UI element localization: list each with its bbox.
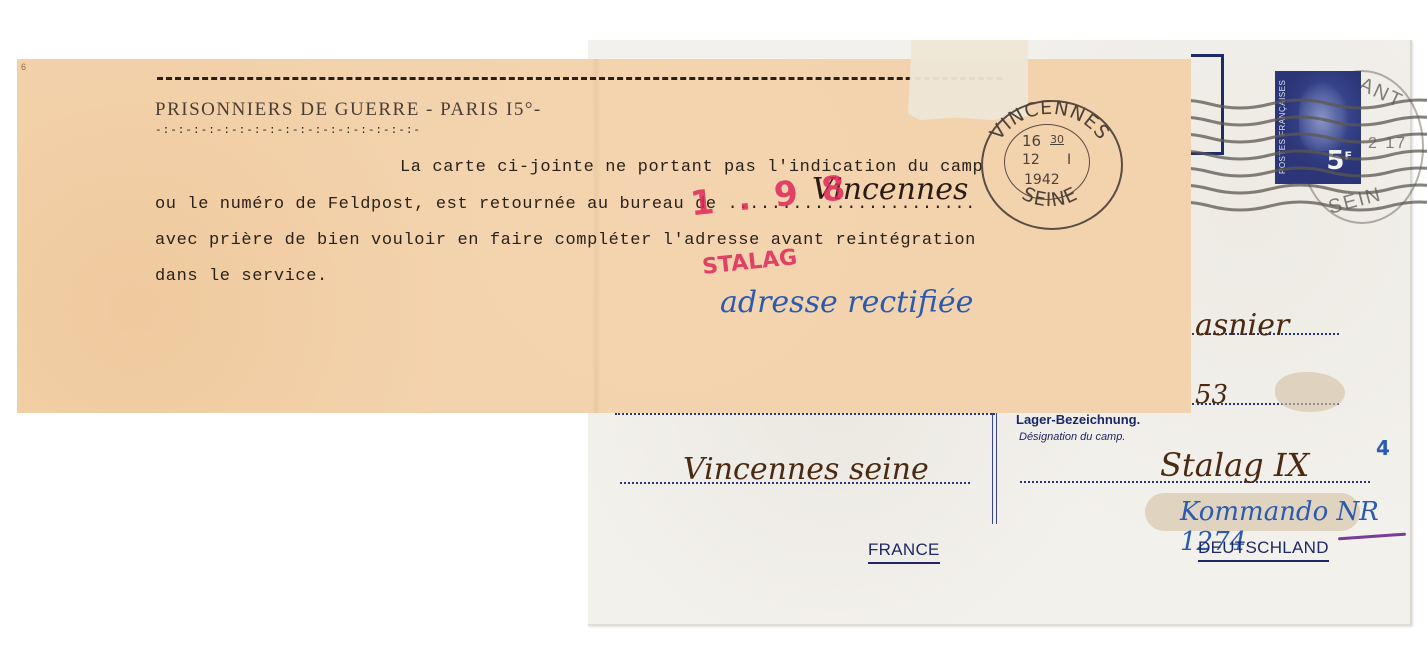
postmark-month: I <box>1067 152 1071 168</box>
postmark-hour: 16 <box>1022 132 1041 150</box>
postmark-arc-text: VINCENNES SEINE <box>0 0 1427 650</box>
postmark-day: 12 <box>1022 152 1040 168</box>
postmark-year: 1942 <box>1024 172 1060 188</box>
postmark-minute: 30 <box>1050 133 1064 146</box>
handwritten-note: adresse rectifiée <box>720 285 973 320</box>
